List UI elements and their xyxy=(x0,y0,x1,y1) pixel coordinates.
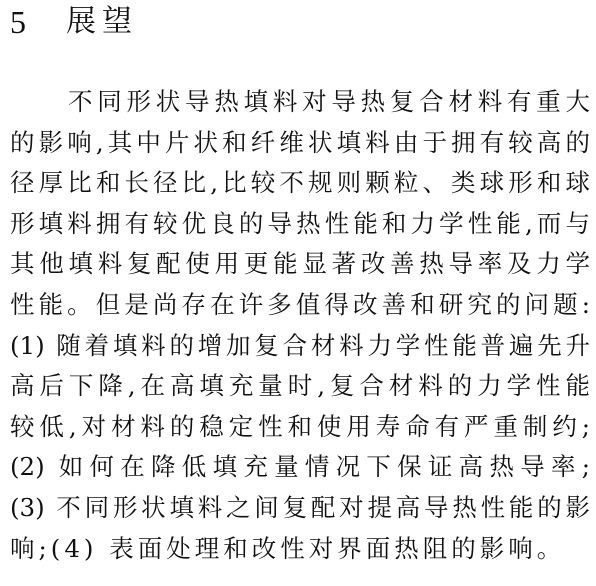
paragraph-line: (1) 随着填料的增加复合材料力学性能普遍先升 xyxy=(10,326,590,367)
paragraph-line: 性能。但是尚存在许多值得改善和研究的问题: xyxy=(10,285,590,326)
paragraph-line: 响;(4) 表面处理和改性对界面热阻的影响。 xyxy=(10,529,590,570)
paragraph-line: (3) 不同形状填料之间复配对提高导热性能的影 xyxy=(10,488,590,529)
section-number: 5 xyxy=(10,2,66,42)
paragraph-line: 径厚比和长径比,比较不规则颗粒、类球形和球 xyxy=(10,163,590,204)
paragraph-line: (2) 如何在降低填充量情况下保证高热导率; xyxy=(10,447,590,488)
paragraph-line: 高后下降,在高填充量时,复合材料的力学性能 xyxy=(10,366,590,407)
paragraph-line: 不同形状导热填料对导热复合材料有重大 xyxy=(10,82,590,123)
paragraph-line: 其他填料复配使用更能显著改善热导率及力学 xyxy=(10,244,590,285)
paragraph: 不同形状导热填料对导热复合材料有重大 的影响,其中片状和纤维状填料由于拥有较高的… xyxy=(10,82,590,569)
paragraph-line: 较低,对材料的稳定性和使用寿命有严重制约; xyxy=(10,407,590,448)
paragraph-line: 的影响,其中片状和纤维状填料由于拥有较高的 xyxy=(10,123,590,164)
paragraph-line: 形填料拥有较优良的导热性能和力学性能,而与 xyxy=(10,204,590,245)
section-heading: 5 展望 xyxy=(10,2,138,42)
section-title: 展望 xyxy=(66,2,138,42)
